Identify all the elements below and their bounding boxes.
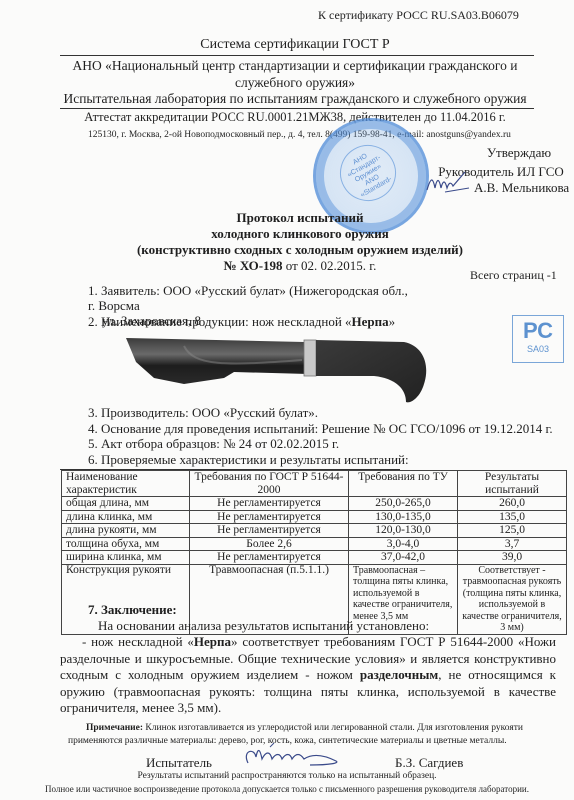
cell: 135,0 xyxy=(458,510,567,524)
protocol-number: № ХО-198 xyxy=(224,258,283,273)
conclusion-product: Нерпа xyxy=(194,634,231,649)
cell: общая длина, мм xyxy=(62,497,190,511)
cell: 250,0-265,0 xyxy=(349,497,458,511)
cell: Не регламентируется xyxy=(190,551,349,565)
footer-line-1: Результаты испытаний распространяются то… xyxy=(0,771,574,781)
conclusion-text: - нож нескладной « xyxy=(82,634,194,649)
header-cell: Результаты испытаний xyxy=(458,471,567,497)
cell: толщина обуха, мм xyxy=(62,537,190,551)
organization-name: АНО «Национальный центр стандартизации и… xyxy=(60,57,530,91)
cell: длина рукояти, мм xyxy=(62,524,190,538)
item-checked: 6. Проверяемые характеристики и результа… xyxy=(88,452,553,468)
title-line: холодного клинкового оружия xyxy=(100,226,500,242)
cell: ширина клинка, мм xyxy=(62,551,190,565)
header-cell: Требования по ГОСТ Р 51644-2000 xyxy=(190,471,349,497)
applicant-text: 1. Заявитель: ООО «Русский булат» (Нижег… xyxy=(88,283,408,313)
cell: длина клинка, мм xyxy=(62,510,190,524)
header-cell: Требования по ТУ xyxy=(349,471,458,497)
cell: 39,0 xyxy=(458,551,567,565)
knife-image xyxy=(124,326,436,406)
table-row: ширина клинка, мм Не регламентируется 37… xyxy=(62,551,567,565)
title-line: (конструктивно сходных с холодным оружие… xyxy=(100,242,500,258)
pst-conformity-mark-icon: РС SA03 xyxy=(512,315,564,363)
laboratory-divider xyxy=(60,108,534,109)
protocol-number-line: № ХО-198 от 02. 02.2015. г. xyxy=(100,258,500,274)
approval-label: Утверждаю xyxy=(438,143,564,162)
laboratory-name: Испытательная лаборатория по испытаниям … xyxy=(60,91,530,107)
item-basis: 4. Основание для проведения испытаний: Р… xyxy=(88,421,553,437)
certificate-reference: К сертификату РОСС RU.SA03.B06079 xyxy=(318,8,519,23)
table-row: длина рукояти, мм Не регламентируется 12… xyxy=(62,524,567,538)
cell: 260,0 xyxy=(458,497,567,511)
tester-label: Испытатель xyxy=(146,755,212,771)
accreditation-line: Аттестат аккредитации РОСС RU.0001.21МЖ3… xyxy=(60,110,530,125)
tester-name: Б.З. Сагдиев xyxy=(395,755,463,771)
cell: 3,7 xyxy=(458,537,567,551)
cell: Более 2,6 xyxy=(190,537,349,551)
table-header-row: Наименование характеристик Требования по… xyxy=(62,471,567,497)
table-row: общая длина, мм Не регламентируется 250,… xyxy=(62,497,567,511)
header-cell: Наименование характеристик xyxy=(62,471,190,497)
cell: 125,0 xyxy=(458,524,567,538)
gost-logo-code: SA03 xyxy=(513,344,563,354)
cell: Не регламентируется xyxy=(190,510,349,524)
cell: 120,0-130,0 xyxy=(349,524,458,538)
conclusion-heading: 7. Заключение: xyxy=(88,602,177,618)
items-list: 3. Производитель: ООО «Русский булат». 4… xyxy=(88,405,553,467)
approver-name: А.В. Мельникова xyxy=(474,180,569,196)
total-pages: Всего страниц -1 xyxy=(470,268,557,283)
item-manufacturer: 3. Производитель: ООО «Русский булат». xyxy=(88,405,553,421)
cell: Не регламентируется xyxy=(190,524,349,538)
stamp-center: АНО «Стандарт- Оружие» ANO «Standard- xyxy=(330,135,406,211)
table-row: толщина обуха, мм Более 2,6 3,0-4,0 3,7 xyxy=(62,537,567,551)
signature-icon xyxy=(240,743,350,769)
cell: 3,0-4,0 xyxy=(349,537,458,551)
protocol-date: от 02. 02.2015. г. xyxy=(286,258,377,273)
cell: 37,0-42,0 xyxy=(349,551,458,565)
conclusion-intro: На основании анализа результатов испытан… xyxy=(98,618,429,634)
cell: 130,0-135,0 xyxy=(349,510,458,524)
cell: Не регламентируется xyxy=(190,497,349,511)
cell: Соответствует - травмоопасная рукоять (т… xyxy=(458,564,567,634)
gost-logo-glyph: РС xyxy=(513,318,563,344)
title-line: Протокол испытаний xyxy=(100,210,500,226)
conclusion-body: - нож нескладной «Нерпа» соответствует т… xyxy=(60,634,556,717)
conclusion-type: разделочным xyxy=(360,667,438,682)
signature-icon xyxy=(425,168,471,196)
footer-line-2: Полное или частичное воспроизведение про… xyxy=(0,784,574,794)
item-sampling: 5. Акт отбора образцов: № 24 от 02.02.20… xyxy=(88,436,553,452)
protocol-title: Протокол испытаний холодного клинкового … xyxy=(100,210,500,274)
certification-system: Система сертификации ГОСТ Р xyxy=(60,37,530,53)
table-row: длина клинка, мм Не регламентируется 130… xyxy=(62,510,567,524)
address-line: 125130, г. Москва, 2-ой Новоподмосковный… xyxy=(88,130,511,140)
header-divider xyxy=(60,55,534,56)
note-label: Примечание: xyxy=(68,723,143,733)
